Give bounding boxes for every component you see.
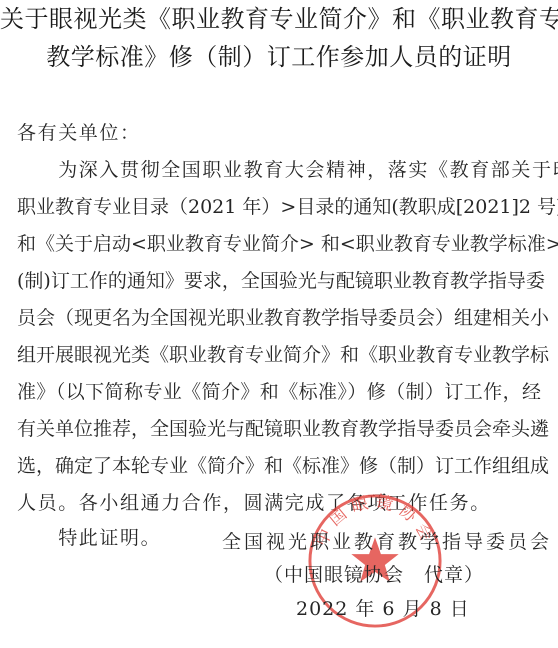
signature-date: 2022 年 6 月 8 日 <box>296 597 470 621</box>
body-line: 员会（现更名为全国视光职业教育教学指导委员会）组建相关小 <box>17 306 541 330</box>
body-line: 组开展眼视光类《职业教育专业简介》和《职业教育专业教学标 <box>17 343 541 367</box>
salutation: 各有关单位： <box>17 121 541 145</box>
signature-proxy-seal-note: （中国眼镜协会 代章） <box>264 563 484 587</box>
body-line: 准》（以下简称专业《简介》和《标准》）修（制）订工作，经 <box>17 380 541 404</box>
document-title-line-1: 关于眼视光类《职业教育专业简介》和《职业教育专业 <box>0 4 558 34</box>
body-line: 有关单位推荐，全国验光与配镜职业教育教学指导委员会牵头遴 <box>17 417 541 441</box>
body-line: 和《关于启动<职业教育专业简介> 和<职业教育专业教学标准>修 <box>17 232 541 256</box>
body-line: 为深入贯彻全国职业教育大会精神，落实《教育部关于印发< <box>17 158 541 182</box>
body-line: 人员。各小组通力合作，圆满完成了各项工作任务。 <box>17 491 541 515</box>
body-line: (制)订工作的通知》要求，全国验光与配镜职业教育教学指导委 <box>17 269 541 293</box>
body-line: 职业教育专业目录（2021 年）>目录的通知(教职成[2021]2 号)》 <box>17 195 541 219</box>
body-line: 选，确定了本轮专业《简介》和《标准》修（制）订工作组组成 <box>17 454 541 478</box>
signature-organization: 全国视光职业教育教学指导委员会 <box>222 530 552 554</box>
document-title-line-2: 教学标准》修（制）订工作参加人员的证明 <box>0 42 558 72</box>
